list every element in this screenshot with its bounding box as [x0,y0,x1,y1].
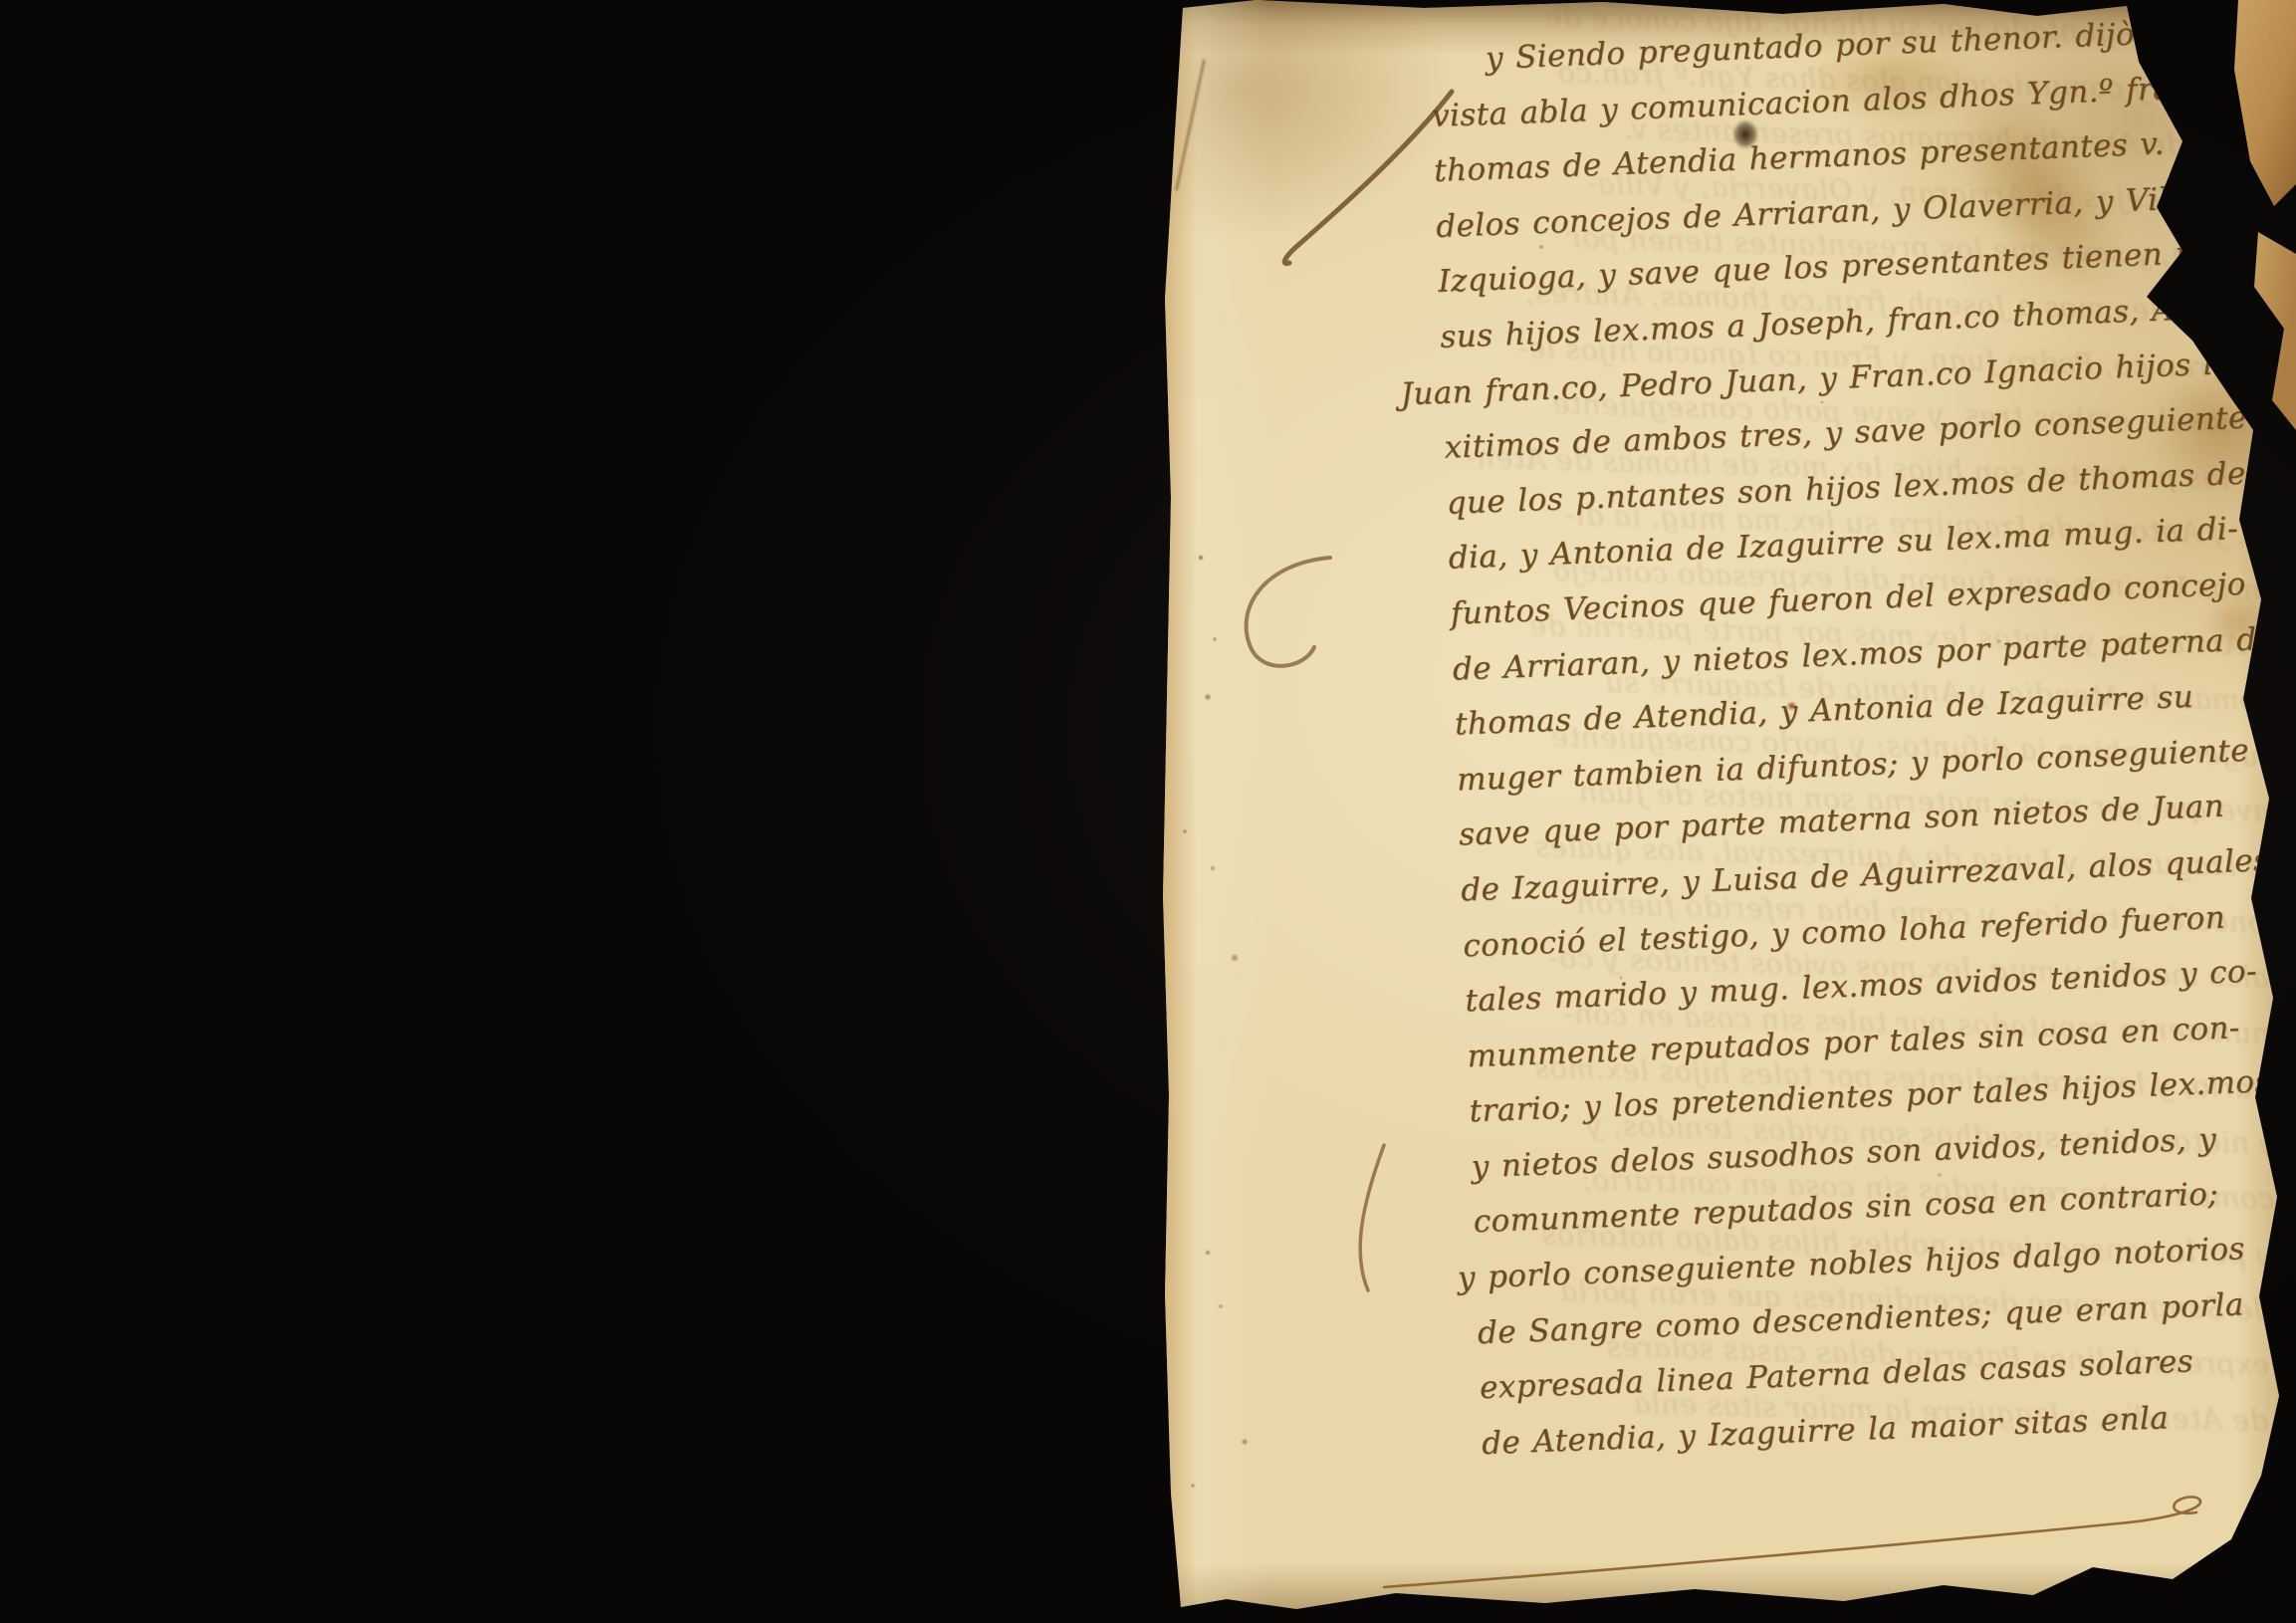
torn-paper-fragment-lower [2250,229,2296,438]
corner-crease [1175,59,1206,191]
manuscript-text: y Siendo preguntado por su thenor. dijò … [1429,1,2296,1472]
manuscript-page: y Siendo preguntado por su thenor. dijò … [1123,0,2296,1623]
ink-rule-line [1380,1490,2226,1599]
torn-paper-fragment-top [2230,0,2296,214]
scanner-background: y Siendo preguntado por su thenor. dijò … [0,0,2296,1623]
